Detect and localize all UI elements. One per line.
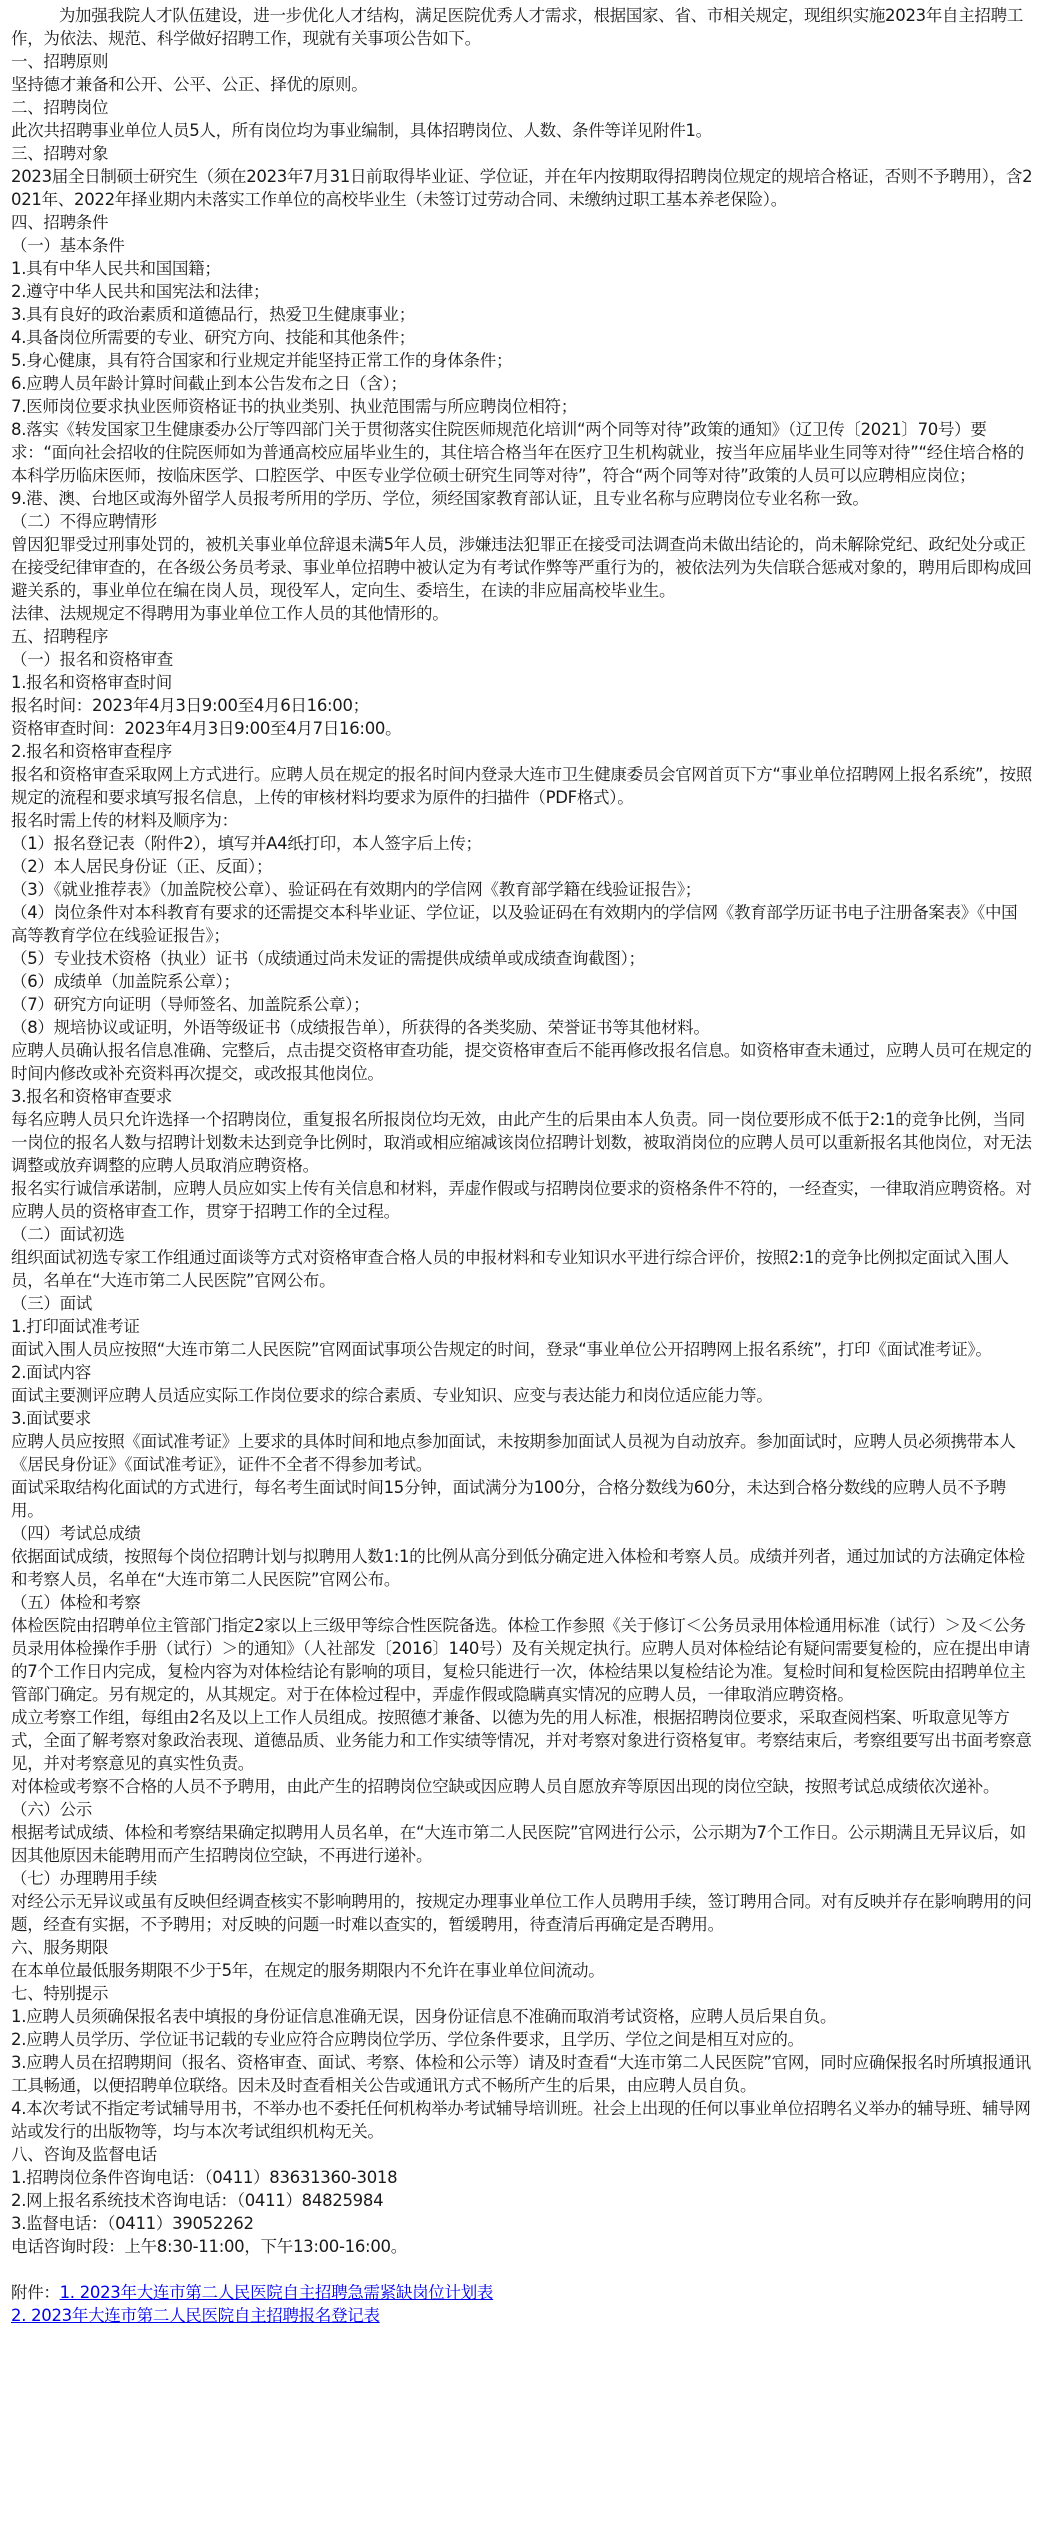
- section-line: （六）公示: [11, 1798, 1033, 1821]
- section-heading: 三、招聘对象: [11, 142, 1033, 165]
- section-line: 每名应聘人员只允许选择一个招聘岗位，重复报名所报岗位均无效，由此产生的后果由本人…: [11, 1108, 1033, 1177]
- section-line: 2.应聘人员学历、学位证书记载的专业应符合应聘岗位学历、学位条件要求，且学历、学…: [11, 2028, 1033, 2051]
- section-line: 1.招聘岗位条件咨询电话：（0411）83631360-3018: [11, 2166, 1033, 2189]
- section-line: 1.具有中华人民共和国国籍；: [11, 257, 1033, 280]
- section-heading: 五、招聘程序: [11, 625, 1033, 648]
- section-line: 报名和资格审查采取网上方式进行。应聘人员在规定的报名时间内登录大连市卫生健康委员…: [11, 763, 1033, 809]
- section-line: 2.面试内容: [11, 1361, 1033, 1384]
- section-line: 此次共招聘事业单位人员5人，所有岗位均为事业编制，具体招聘岗位、人数、条件等详见…: [11, 119, 1033, 142]
- section-line: 应聘人员确认报名信息准确、完整后，点击提交资格审查功能，提交资格审查后不能再修改…: [11, 1039, 1033, 1085]
- attachment-line-2: 2. 2023年大连市第二人民医院自主招聘报名登记表: [11, 2304, 1033, 2327]
- attachment-link-1[interactable]: 1. 2023年大连市第二人民医院自主招聘急需紧缺岗位计划表: [60, 2283, 493, 2302]
- section-heading: 六、服务期限: [11, 1936, 1033, 1959]
- section-line: （1）报名登记表（附件2），填写并A4纸打印，本人签字后上传；: [11, 832, 1033, 855]
- section-line: 法律、法规规定不得聘用为事业单位工作人员的其他情形的。: [11, 602, 1033, 625]
- attachment-link-2[interactable]: 2. 2023年大连市第二人民医院自主招聘报名登记表: [11, 2306, 380, 2325]
- intro-paragraph: 为加强我院人才队伍建设，进一步优化人才结构，满足医院优秀人才需求，根据国家、省、…: [11, 4, 1033, 50]
- section-line: （五）体检和考察: [11, 1591, 1033, 1614]
- section-line: 3.具有良好的政治素质和道德品行，热爱卫生健康事业；: [11, 303, 1033, 326]
- section-line: 5.身心健康，具有符合国家和行业规定并能坚持正常工作的身体条件；: [11, 349, 1033, 372]
- section-line: 报名实行诚信承诺制，应聘人员应如实上传有关信息和材料，弄虚作假或与招聘岗位要求的…: [11, 1177, 1033, 1223]
- section-heading: 八、咨询及监督电话: [11, 2143, 1033, 2166]
- section-line: 9.港、澳、台地区或海外留学人员报考所用的学历、学位，须经国家教育部认证，且专业…: [11, 487, 1033, 510]
- section-line: 3.面试要求: [11, 1407, 1033, 1430]
- section-line: 6.应聘人员年龄计算时间截止到本公告发布之日（含）；: [11, 372, 1033, 395]
- section-line: （二）面试初选: [11, 1223, 1033, 1246]
- section-line: （二）不得应聘情形: [11, 510, 1033, 533]
- section-heading: 七、特别提示: [11, 1982, 1033, 2005]
- section-line: 报名时需上传的材料及顺序为：: [11, 809, 1033, 832]
- section-line: 体检医院由招聘单位主管部门指定2家以上三级甲等综合性医院备选。体检工作参照《关于…: [11, 1614, 1033, 1706]
- sections-container: 一、招聘原则坚持德才兼备和公开、公平、公正、择优的原则。二、招聘岗位此次共招聘事…: [11, 50, 1033, 2258]
- section-line: 成立考察工作组，每组由2名及以上工作人员组成。按照德才兼备、以德为先的用人标准，…: [11, 1706, 1033, 1775]
- announcement-document: 为加强我院人才队伍建设，进一步优化人才结构，满足医院优秀人才需求，根据国家、省、…: [0, 0, 1041, 2347]
- section-line: 电话咨询时段：上午8:30-11:00，下午13:00-16:00。: [11, 2235, 1033, 2258]
- section-heading: 二、招聘岗位: [11, 96, 1033, 119]
- section-line: （6）成绩单（加盖院系公章）；: [11, 970, 1033, 993]
- section-line: 对经公示无异议或虽有反映但经调查核实不影响聘用的，按规定办理事业单位工作人员聘用…: [11, 1890, 1033, 1936]
- section-line: 根据考试成绩、体检和考察结果确定拟聘用人员名单，在“大连市第二人民医院”官网进行…: [11, 1821, 1033, 1867]
- section-line: 在本单位最低服务期限不少于5年，在规定的服务期限内不允许在事业单位间流动。: [11, 1959, 1033, 1982]
- section-line: 1.报名和资格审查时间: [11, 671, 1033, 694]
- section-line: 面试主要测评应聘人员适应实际工作岗位要求的综合素质、专业知识、应变与表达能力和岗…: [11, 1384, 1033, 1407]
- section-line: （5）专业技术资格（执业）证书（成绩通过尚未发证的需提供成绩单或成绩查询截图）；: [11, 947, 1033, 970]
- section-line: 2.报名和资格审查程序: [11, 740, 1033, 763]
- section-line: （3）《就业推荐表》（加盖院校公章）、验证码在有效期内的学信网《教育部学籍在线验…: [11, 878, 1033, 901]
- section-line: （七）办理聘用手续: [11, 1867, 1033, 1890]
- section-line: 3.监督电话：（0411）39052262: [11, 2212, 1033, 2235]
- section-line: （2）本人居民身份证（正、反面）；: [11, 855, 1033, 878]
- section-line: 2023届全日制硕士研究生（须在2023年7月31日前取得毕业证、学位证，并在年…: [11, 165, 1033, 211]
- section-line: 8.落实《转发国家卫生健康委办公厅等四部门关于贯彻落实住院医师规范化培训“两个同…: [11, 418, 1033, 487]
- section-line: （三）面试: [11, 1292, 1033, 1315]
- section-line: （7）研究方向证明（导师签名、加盖院系公章）；: [11, 993, 1033, 1016]
- section-line: 组织面试初选专家工作组通过面谈等方式对资格审查合格人员的申报材料和专业知识水平进…: [11, 1246, 1033, 1292]
- section-line: 3.报名和资格审查要求: [11, 1085, 1033, 1108]
- section-line: 4.本次考试不指定考试辅导用书，不举办也不委托任何机构举办考试辅导培训班。社会上…: [11, 2097, 1033, 2143]
- section-line: （一）基本条件: [11, 234, 1033, 257]
- section-heading: 四、招聘条件: [11, 211, 1033, 234]
- section-line: （四）考试总成绩: [11, 1522, 1033, 1545]
- section-line: 1.应聘人员须确保报名表中填报的身份证信息准确无误，因身份证信息不准确而取消考试…: [11, 2005, 1033, 2028]
- attachment-label: 附件：: [11, 2283, 60, 2302]
- section-line: （一）报名和资格审查: [11, 648, 1033, 671]
- section-line: 2.网上报名系统技术咨询电话：（0411）84825984: [11, 2189, 1033, 2212]
- section-heading: 一、招聘原则: [11, 50, 1033, 73]
- section-line: 坚持德才兼备和公开、公平、公正、择优的原则。: [11, 73, 1033, 96]
- section-line: 1.打印面试准考证: [11, 1315, 1033, 1338]
- section-line: （8）规培协议或证明，外语等级证书（成绩报告单），所获得的各类奖励、荣誉证书等其…: [11, 1016, 1033, 1039]
- spacer: [11, 2258, 1033, 2281]
- section-line: 面试入围人员应按照“大连市第二人民医院”官网面试事项公告规定的时间，登录“事业单…: [11, 1338, 1033, 1361]
- section-line: （4）岗位条件对本科教育有要求的还需提交本科毕业证、学位证，以及验证码在有效期内…: [11, 901, 1033, 947]
- attachment-line-1: 附件：1. 2023年大连市第二人民医院自主招聘急需紧缺岗位计划表: [11, 2281, 1033, 2304]
- section-line: 资格审查时间：2023年4月3日9:00至4月7日16:00。: [11, 717, 1033, 740]
- section-line: 对体检或考察不合格的人员不予聘用，由此产生的招聘岗位空缺或因应聘人员自愿放弃等原…: [11, 1775, 1033, 1798]
- section-line: 面试采取结构化面试的方式进行，每名考生面试时间15分钟，面试满分为100分，合格…: [11, 1476, 1033, 1522]
- section-line: 7.医师岗位要求执业医师资格证书的执业类别、执业范围需与所应聘岗位相符；: [11, 395, 1033, 418]
- section-line: 依据面试成绩，按照每个岗位招聘计划与拟聘用人数1:1的比例从高分到低分确定进入体…: [11, 1545, 1033, 1591]
- section-line: 报名时间：2023年4月3日9:00至4月6日16:00；: [11, 694, 1033, 717]
- section-line: 2.遵守中华人民共和国宪法和法律；: [11, 280, 1033, 303]
- section-line: 3.应聘人员在招聘期间（报名、资格审查、面试、考察、体检和公示等）请及时查看“大…: [11, 2051, 1033, 2097]
- section-line: 应聘人员应按照《面试准考证》上要求的具体时间和地点参加面试，未按期参加面试人员视…: [11, 1430, 1033, 1476]
- section-line: 曾因犯罪受过刑事处罚的，被机关事业单位辞退未满5年人员，涉嫌违法犯罪正在接受司法…: [11, 533, 1033, 602]
- section-line: 4.具备岗位所需要的专业、研究方向、技能和其他条件；: [11, 326, 1033, 349]
